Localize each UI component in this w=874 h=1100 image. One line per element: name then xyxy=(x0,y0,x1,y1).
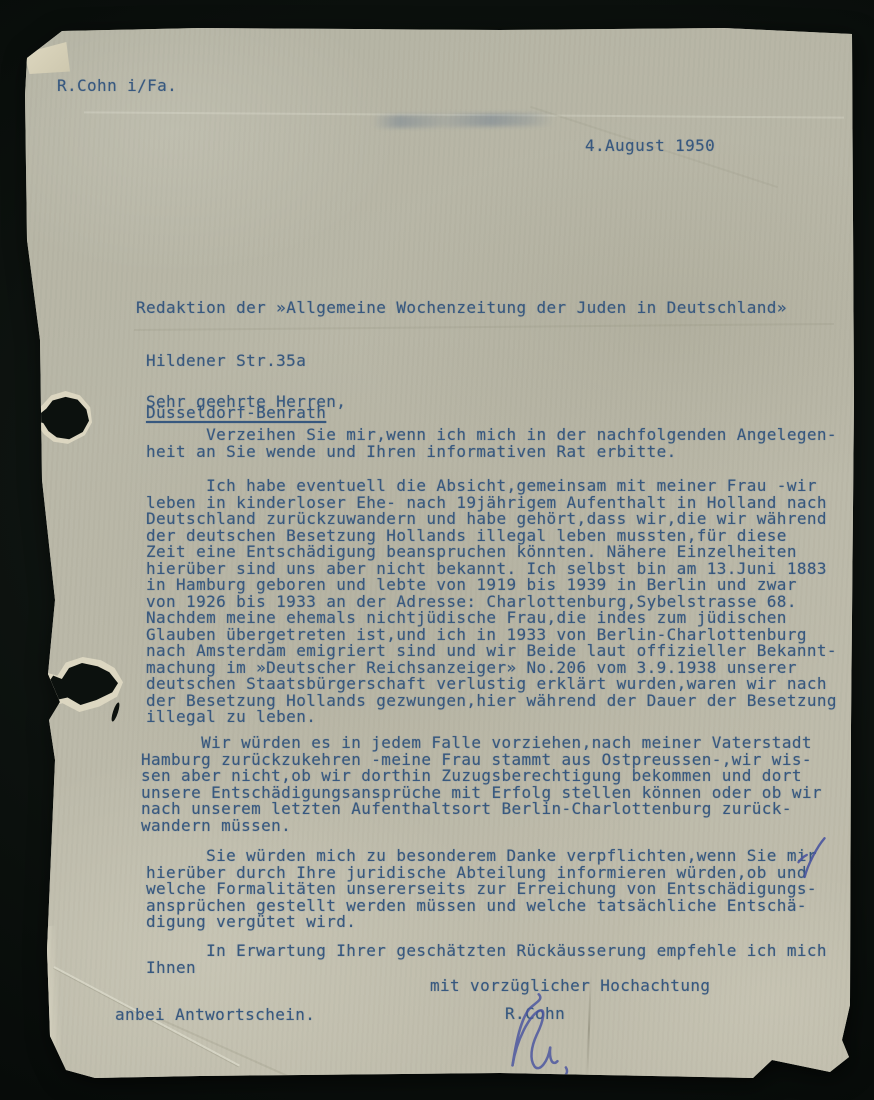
folded-corner xyxy=(24,42,70,74)
body-paragraph: Verzeihen Sie mir,wenn ich mich in der n… xyxy=(146,427,837,460)
salutation: Sehr geehrte Herren, xyxy=(146,394,346,411)
date-line: 4.August 1950 xyxy=(585,138,715,155)
paper-shadow-wrap: R.Cohn i/Fa. 4.August 1950 Redaktion der… xyxy=(0,0,874,1100)
body-paragraph: Sie würden mich zu besonderem Danke verp… xyxy=(146,848,817,931)
body-paragraph: In Erwartung Ihrer geschätzten Rückäusse… xyxy=(146,943,827,976)
body-paragraph: Wir würden es in jedem Falle vorziehen,n… xyxy=(141,735,822,834)
recipient-line-1: Redaktion der »Allgemeine Wochenzeitung … xyxy=(136,299,787,317)
recipient-line-2: Hildener Str.35a xyxy=(136,352,787,370)
pen-checkmark xyxy=(792,834,830,880)
sender-line: R.Cohn i/Fa. xyxy=(57,78,177,95)
handwritten-signature xyxy=(482,988,587,1080)
paper-edge-highlight xyxy=(38,926,64,1079)
photo-background: R.Cohn i/Fa. 4.August 1950 Redaktion der… xyxy=(0,0,874,1100)
letter-paper: R.Cohn i/Fa. 4.August 1950 Redaktion der… xyxy=(24,26,856,1082)
ink-smudge xyxy=(372,113,554,129)
body-paragraph: Ich habe eventuell die Absicht,gemeinsam… xyxy=(146,478,837,726)
paper-tear-sliver xyxy=(110,702,121,723)
enclosure-note: anbei Antwortschein. xyxy=(115,1007,315,1024)
